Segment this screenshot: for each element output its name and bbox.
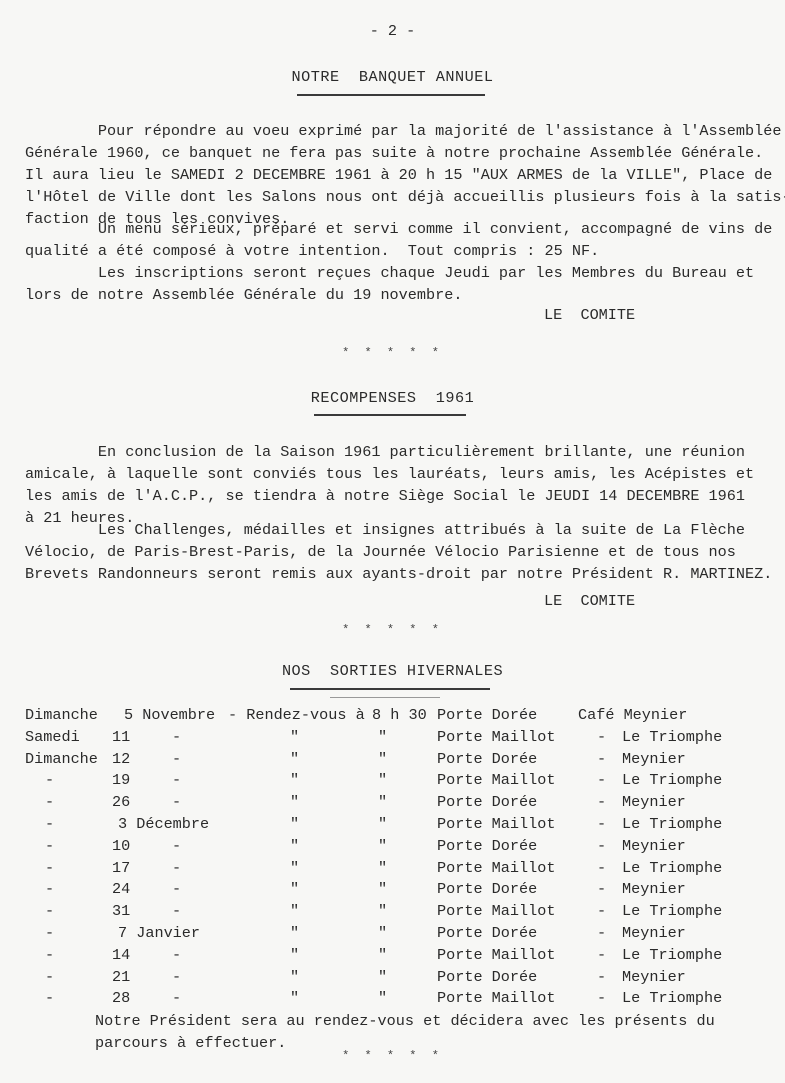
section-title: NOS SORTIES HIVERNALES (0, 662, 785, 680)
signature: LE COMITE (544, 306, 635, 324)
meeting-place-cell: Porte Dorée (437, 837, 537, 855)
rendezvous-cell: " (290, 771, 299, 789)
paragraph: Les inscriptions seront reçues chaque Je… (25, 262, 765, 306)
text-line: Les Challenges, médailles et insignes at… (25, 519, 765, 541)
meeting-place-cell: Porte Maillot (437, 989, 555, 1007)
cafe-dash-cell: - (597, 924, 606, 942)
meeting-place-cell: Porte Dorée (437, 880, 537, 898)
time-cell: " (378, 815, 387, 833)
signature: LE COMITE (544, 592, 635, 610)
day-cell: - (45, 793, 54, 811)
cafe-dash-cell: - (597, 902, 606, 920)
time-cell: " (378, 771, 387, 789)
cafe-dash-cell: - (597, 728, 606, 746)
text-line: qualité a été composé à votre intention.… (25, 240, 765, 262)
cafe-cell: Café Meynier (578, 706, 687, 724)
time-cell: " (378, 728, 387, 746)
date-cell: 19 (112, 771, 130, 789)
date-cell: 28 (112, 989, 130, 1007)
meeting-place-cell: Porte Dorée (437, 968, 537, 986)
text-line: Générale 1960, ce banquet ne fera pas su… (25, 142, 765, 164)
dash-cell: - (172, 793, 181, 811)
cafe-cell: Le Triomphe (622, 815, 722, 833)
day-cell: - (45, 924, 54, 942)
cafe-cell: Meynier (622, 750, 686, 768)
title-underline (314, 414, 466, 416)
rendezvous-cell: " (290, 989, 299, 1007)
cafe-cell: Meynier (622, 880, 686, 898)
day-cell: - (45, 968, 54, 986)
dash-cell: - (172, 968, 181, 986)
date-cell: 14 (112, 946, 130, 964)
date-cell: 7 Janvier (118, 924, 200, 942)
day-cell: - (45, 989, 54, 1007)
cafe-dash-cell: - (597, 815, 606, 833)
dash-cell: - (172, 902, 181, 920)
text-line: Un menu sérieux, préparé et servi comme … (25, 218, 765, 240)
rendezvous-cell: " (290, 815, 299, 833)
rendezvous-cell: " (290, 902, 299, 920)
cafe-cell: Le Triomphe (622, 728, 722, 746)
rendezvous-cell: - Rendez-vous à (228, 706, 365, 724)
note: Notre Président sera au rendez-vous et d… (95, 1010, 785, 1054)
paragraph: Pour répondre au voeu exprimé par la maj… (25, 120, 765, 230)
text-line: Il aura lieu le SAMEDI 2 DECEMBRE 1961 à… (25, 164, 765, 186)
text-line: Pour répondre au voeu exprimé par la maj… (25, 120, 765, 142)
meeting-place-cell: Porte Dorée (437, 706, 537, 724)
time-cell: " (378, 902, 387, 920)
meeting-place-cell: Porte Dorée (437, 924, 537, 942)
day-cell: - (45, 880, 54, 898)
separator-stars: * * * * * (0, 1049, 785, 1063)
cafe-cell: Le Triomphe (622, 859, 722, 877)
day-cell: - (45, 837, 54, 855)
day-cell: - (45, 815, 54, 833)
title-underline-secondary (330, 697, 440, 698)
day-cell: - (45, 946, 54, 964)
page-number: - 2 - (0, 22, 785, 40)
date-cell: 5 Novembre (124, 706, 215, 724)
date-cell: 21 (112, 968, 130, 986)
time-cell: " (378, 968, 387, 986)
title-underline (297, 94, 485, 96)
text-line: Vélocio, de Paris-Brest-Paris, de la Jou… (25, 541, 765, 563)
separator-stars: * * * * * (0, 346, 785, 360)
title-underline (290, 688, 490, 690)
cafe-cell: Meynier (622, 924, 686, 942)
meeting-place-cell: Porte Dorée (437, 750, 537, 768)
day-cell: - (45, 859, 54, 877)
meeting-place-cell: Porte Maillot (437, 771, 555, 789)
text-line: Les inscriptions seront reçues chaque Je… (25, 262, 765, 284)
rendezvous-cell: " (290, 946, 299, 964)
cafe-cell: Meynier (622, 793, 686, 811)
rendezvous-cell: " (290, 750, 299, 768)
paragraph: En conclusion de la Saison 1961 particul… (25, 441, 765, 529)
time-cell: " (378, 859, 387, 877)
cafe-dash-cell: - (597, 793, 606, 811)
date-cell: 17 (112, 859, 130, 877)
dash-cell: - (172, 880, 181, 898)
dash-cell: - (172, 989, 181, 1007)
paragraph: Les Challenges, médailles et insignes at… (25, 519, 765, 585)
text-line: En conclusion de la Saison 1961 particul… (25, 441, 765, 463)
cafe-dash-cell: - (597, 946, 606, 964)
dash-cell: - (172, 728, 181, 746)
dash-cell: - (172, 771, 181, 789)
day-cell: - (45, 771, 54, 789)
text-line: les amis de l'A.C.P., se tiendra à notre… (25, 485, 765, 507)
text-line: lors de notre Assemblée Générale du 19 n… (25, 284, 765, 306)
day-cell: Dimanche (25, 706, 98, 724)
cafe-cell: Le Triomphe (622, 989, 722, 1007)
section-title: RECOMPENSES 1961 (0, 389, 785, 407)
dash-cell: - (172, 750, 181, 768)
meeting-place-cell: Porte Dorée (437, 793, 537, 811)
cafe-cell: Meynier (622, 968, 686, 986)
meeting-place-cell: Porte Maillot (437, 946, 555, 964)
date-cell: 11 (112, 728, 130, 746)
day-cell: - (45, 902, 54, 920)
cafe-dash-cell: - (597, 989, 606, 1007)
text-line: Notre Président sera au rendez-vous et d… (95, 1010, 785, 1032)
day-cell: Samedi (25, 728, 80, 746)
meeting-place-cell: Porte Maillot (437, 728, 555, 746)
day-cell: Dimanche (25, 750, 98, 768)
separator-stars: * * * * * (0, 623, 785, 637)
rendezvous-cell: " (290, 859, 299, 877)
date-cell: 26 (112, 793, 130, 811)
time-cell: " (378, 989, 387, 1007)
rendezvous-cell: " (290, 728, 299, 746)
time-cell: " (378, 924, 387, 942)
section-title: NOTRE BANQUET ANNUEL (0, 68, 785, 86)
paragraph: Un menu sérieux, préparé et servi comme … (25, 218, 765, 262)
time-cell: " (378, 946, 387, 964)
time-cell: 8 h 30 (372, 706, 427, 724)
dash-cell: - (172, 946, 181, 964)
rendezvous-cell: " (290, 924, 299, 942)
time-cell: " (378, 793, 387, 811)
cafe-cell: Meynier (622, 837, 686, 855)
date-cell: 31 (112, 902, 130, 920)
text-line: l'Hôtel de Ville dont les Salons nous on… (25, 186, 765, 208)
rendezvous-cell: " (290, 968, 299, 986)
dash-cell: - (172, 859, 181, 877)
cafe-dash-cell: - (597, 880, 606, 898)
time-cell: " (378, 880, 387, 898)
meeting-place-cell: Porte Maillot (437, 815, 555, 833)
cafe-cell: Le Triomphe (622, 771, 722, 789)
text-line: Brevets Randonneurs seront remis aux aya… (25, 563, 765, 585)
text-line: amicale, à laquelle sont conviés tous le… (25, 463, 765, 485)
time-cell: " (378, 837, 387, 855)
meeting-place-cell: Porte Maillot (437, 902, 555, 920)
rendezvous-cell: " (290, 793, 299, 811)
date-cell: 24 (112, 880, 130, 898)
cafe-cell: Le Triomphe (622, 902, 722, 920)
date-cell: 12 (112, 750, 130, 768)
cafe-dash-cell: - (597, 968, 606, 986)
rendezvous-cell: " (290, 837, 299, 855)
date-cell: 10 (112, 837, 130, 855)
date-cell: 3 Décembre (118, 815, 209, 833)
cafe-dash-cell: - (597, 837, 606, 855)
cafe-dash-cell: - (597, 771, 606, 789)
dash-cell: - (172, 837, 181, 855)
cafe-cell: Le Triomphe (622, 946, 722, 964)
time-cell: " (378, 750, 387, 768)
cafe-dash-cell: - (597, 750, 606, 768)
meeting-place-cell: Porte Maillot (437, 859, 555, 877)
rendezvous-cell: " (290, 880, 299, 898)
cafe-dash-cell: - (597, 859, 606, 877)
